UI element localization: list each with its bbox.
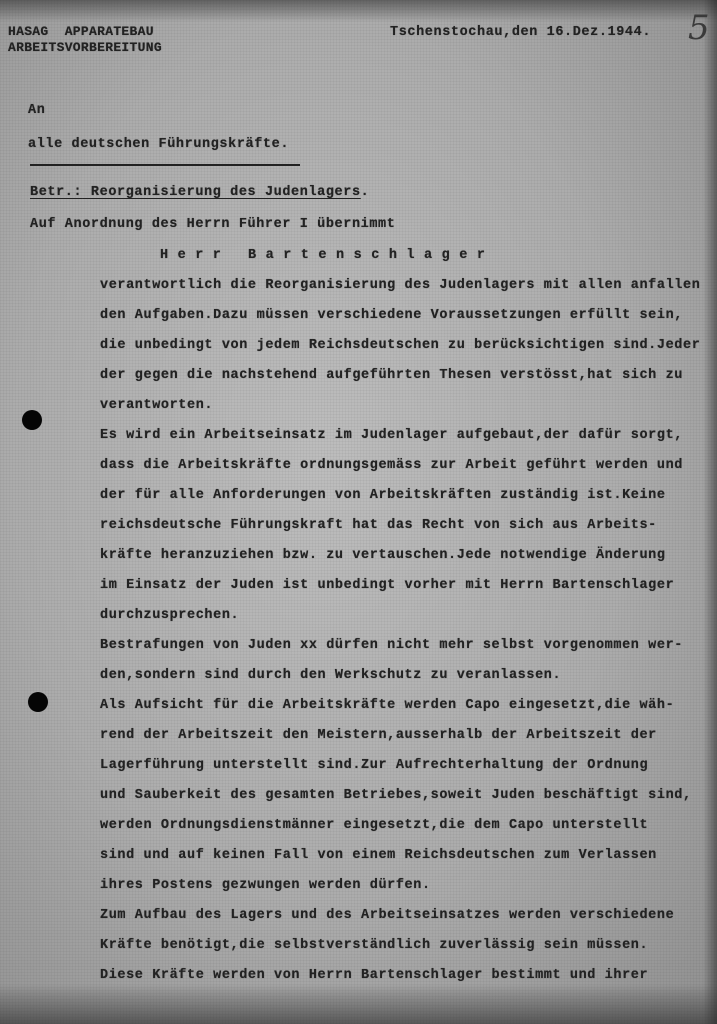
subject-label: Betr.: — [30, 185, 82, 200]
intro-line: Auf Anordnung des Herrn Führer I übernim… — [30, 217, 395, 232]
subject-text: Reorganisierung des Judenlagers — [91, 185, 361, 200]
scan-shadow-bottom — [0, 984, 717, 1024]
body-line: dass die Arbeitskräfte ordnungsgemäss zu… — [100, 458, 683, 473]
body-line: ihres Postens gezwungen werden dürfen. — [100, 878, 431, 893]
scan-shadow-right — [703, 0, 717, 1024]
punch-hole-lower — [28, 692, 48, 712]
body-line: im Einsatz der Juden ist unbedingt vorhe… — [100, 578, 674, 593]
named-person: Herr Bartenschlager — [160, 248, 494, 263]
body-line: durchzusprechen. — [100, 608, 239, 623]
divider-rule — [30, 164, 300, 166]
letterhead-line-2: ARBEITSVORBEREITUNG — [8, 40, 162, 56]
body-line: den,sondern sind durch den Werkschutz zu… — [100, 668, 561, 683]
punch-hole-upper — [22, 410, 42, 430]
body-line: die unbedingt von jedem Reichsdeutschen … — [100, 338, 700, 353]
body-line: Es wird ein Arbeitseinsatz im Judenlager… — [100, 428, 683, 443]
body-line: Lagerführung unterstellt sind.Zur Aufrec… — [100, 758, 648, 773]
body-line: Diese Kräfte werden von Herrn Bartenschl… — [100, 968, 648, 983]
body-line: Zum Aufbau des Lagers und des Arbeitsein… — [100, 908, 674, 923]
body-line: sind und auf keinen Fall von einem Reich… — [100, 848, 657, 863]
subject-line: Betr.: Reorganisierung des Judenlagers. — [30, 185, 369, 200]
body-line: Als Aufsicht für die Arbeitskräfte werde… — [100, 698, 674, 713]
body-line: verantwortlich die Reorganisierung des J… — [100, 278, 700, 293]
body-line: reichsdeutsche Führungskraft hat das Rec… — [100, 518, 657, 533]
body-line: den Aufgaben.Dazu müssen verschiedene Vo… — [100, 308, 683, 323]
letterhead-line-1: HASAG APPARATEBAU — [8, 24, 154, 40]
recipient-addressee: alle deutschen Führungskräfte. — [28, 137, 289, 152]
place-date: Tschenstochau,den 16.Dez.1944. — [390, 25, 651, 40]
handwritten-page-number: 5 — [688, 8, 710, 48]
body-line: Bestrafungen von Juden xx dürfen nicht m… — [100, 638, 683, 653]
body-line: der für alle Anforderungen von Arbeitskr… — [100, 488, 666, 503]
body-line: kräfte heranzuziehen bzw. zu vertauschen… — [100, 548, 666, 563]
body-line: verantworten. — [100, 398, 213, 413]
scan-shadow-top — [0, 0, 717, 22]
body-line: werden Ordnungsdienstmänner eingesetzt,d… — [100, 818, 648, 833]
subject-suffix: . — [361, 185, 370, 200]
recipient-salutation: An — [28, 103, 45, 118]
body-line: und Sauberkeit des gesamten Betriebes,so… — [100, 788, 692, 803]
document-page: HASAG APPARATEBAU ARBEITSVORBEREITUNG Ts… — [0, 0, 717, 1024]
body-line: Kräfte benötigt,die selbstverständlich z… — [100, 938, 648, 953]
body-line: rend der Arbeitszeit den Meistern,ausser… — [100, 728, 657, 743]
body-line: der gegen die nachstehend aufgeführten T… — [100, 368, 683, 383]
